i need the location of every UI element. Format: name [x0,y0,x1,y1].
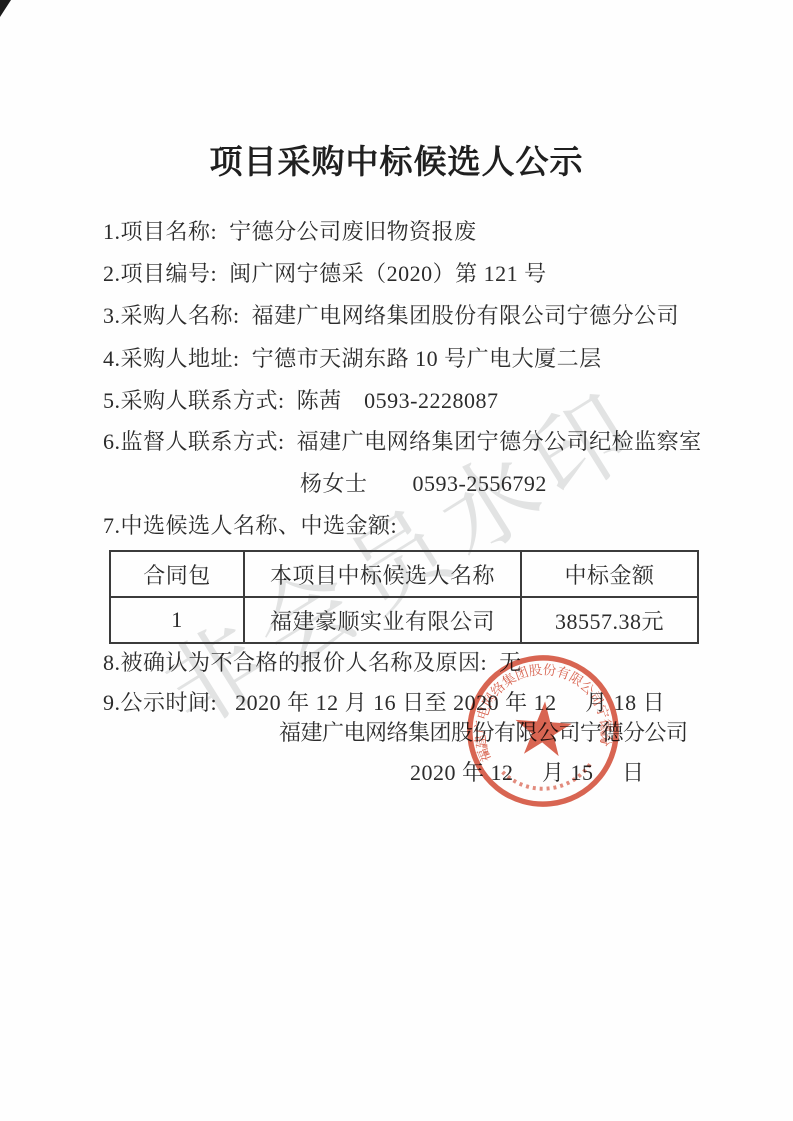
col-header-package: 合同包 [110,551,244,597]
item-candidates-heading: 7.中选候选人名称、中选金额: [103,514,397,538]
cell-candidate: 福建豪顺实业有限公司 [244,597,521,643]
table-row: 1 福建豪顺实业有限公司 38557.38元 [110,597,698,643]
item-supervisor-contact-line2: 杨女士 0593-2556792 [300,472,547,496]
col-header-amount: 中标金额 [521,551,698,597]
item-purchaser-name: 3.采购人名称: 福建广电网络集团股份有限公司宁德分公司 [103,304,679,328]
cell-amount: 38557.38元 [521,597,698,643]
item-purchaser-contact: 5.采购人联系方式: 陈茜 0593-2228087 [103,389,498,413]
bid-table: 合同包 本项目中标候选人名称 中标金额 1 福建豪顺实业有限公司 38557.3… [109,550,699,644]
item-project-number: 2.项目编号: 闽广网宁德采（2020）第 121 号 [103,262,547,286]
col-header-candidate: 本项目中标候选人名称 [244,551,521,597]
table-header-row: 合同包 本项目中标候选人名称 中标金额 [110,551,698,597]
seal-bottom-marks [503,763,594,793]
cell-package: 1 [110,597,244,643]
item-supervisor-contact: 6.监督人联系方式: 福建广电网络集团宁德分公司纪检监察室 [103,430,702,454]
item-purchaser-address: 4.采购人地址: 宁德市天湖东路 10 号广电大厦二层 [103,347,602,371]
official-seal: 福建广电网络集团股份有限公司宁德分公司 [451,639,636,824]
page-title: 项目采购中标候选人公示 [0,136,793,183]
document-page: 非会员水印 项目采购中标候选人公示 1.项目名称: 宁德分公司废旧物资报废 2.… [0,0,793,1121]
seal-star-icon [513,699,573,756]
item-project-name: 1.项目名称: 宁德分公司废旧物资报废 [103,220,477,244]
scan-corner-artifact [0,0,11,17]
